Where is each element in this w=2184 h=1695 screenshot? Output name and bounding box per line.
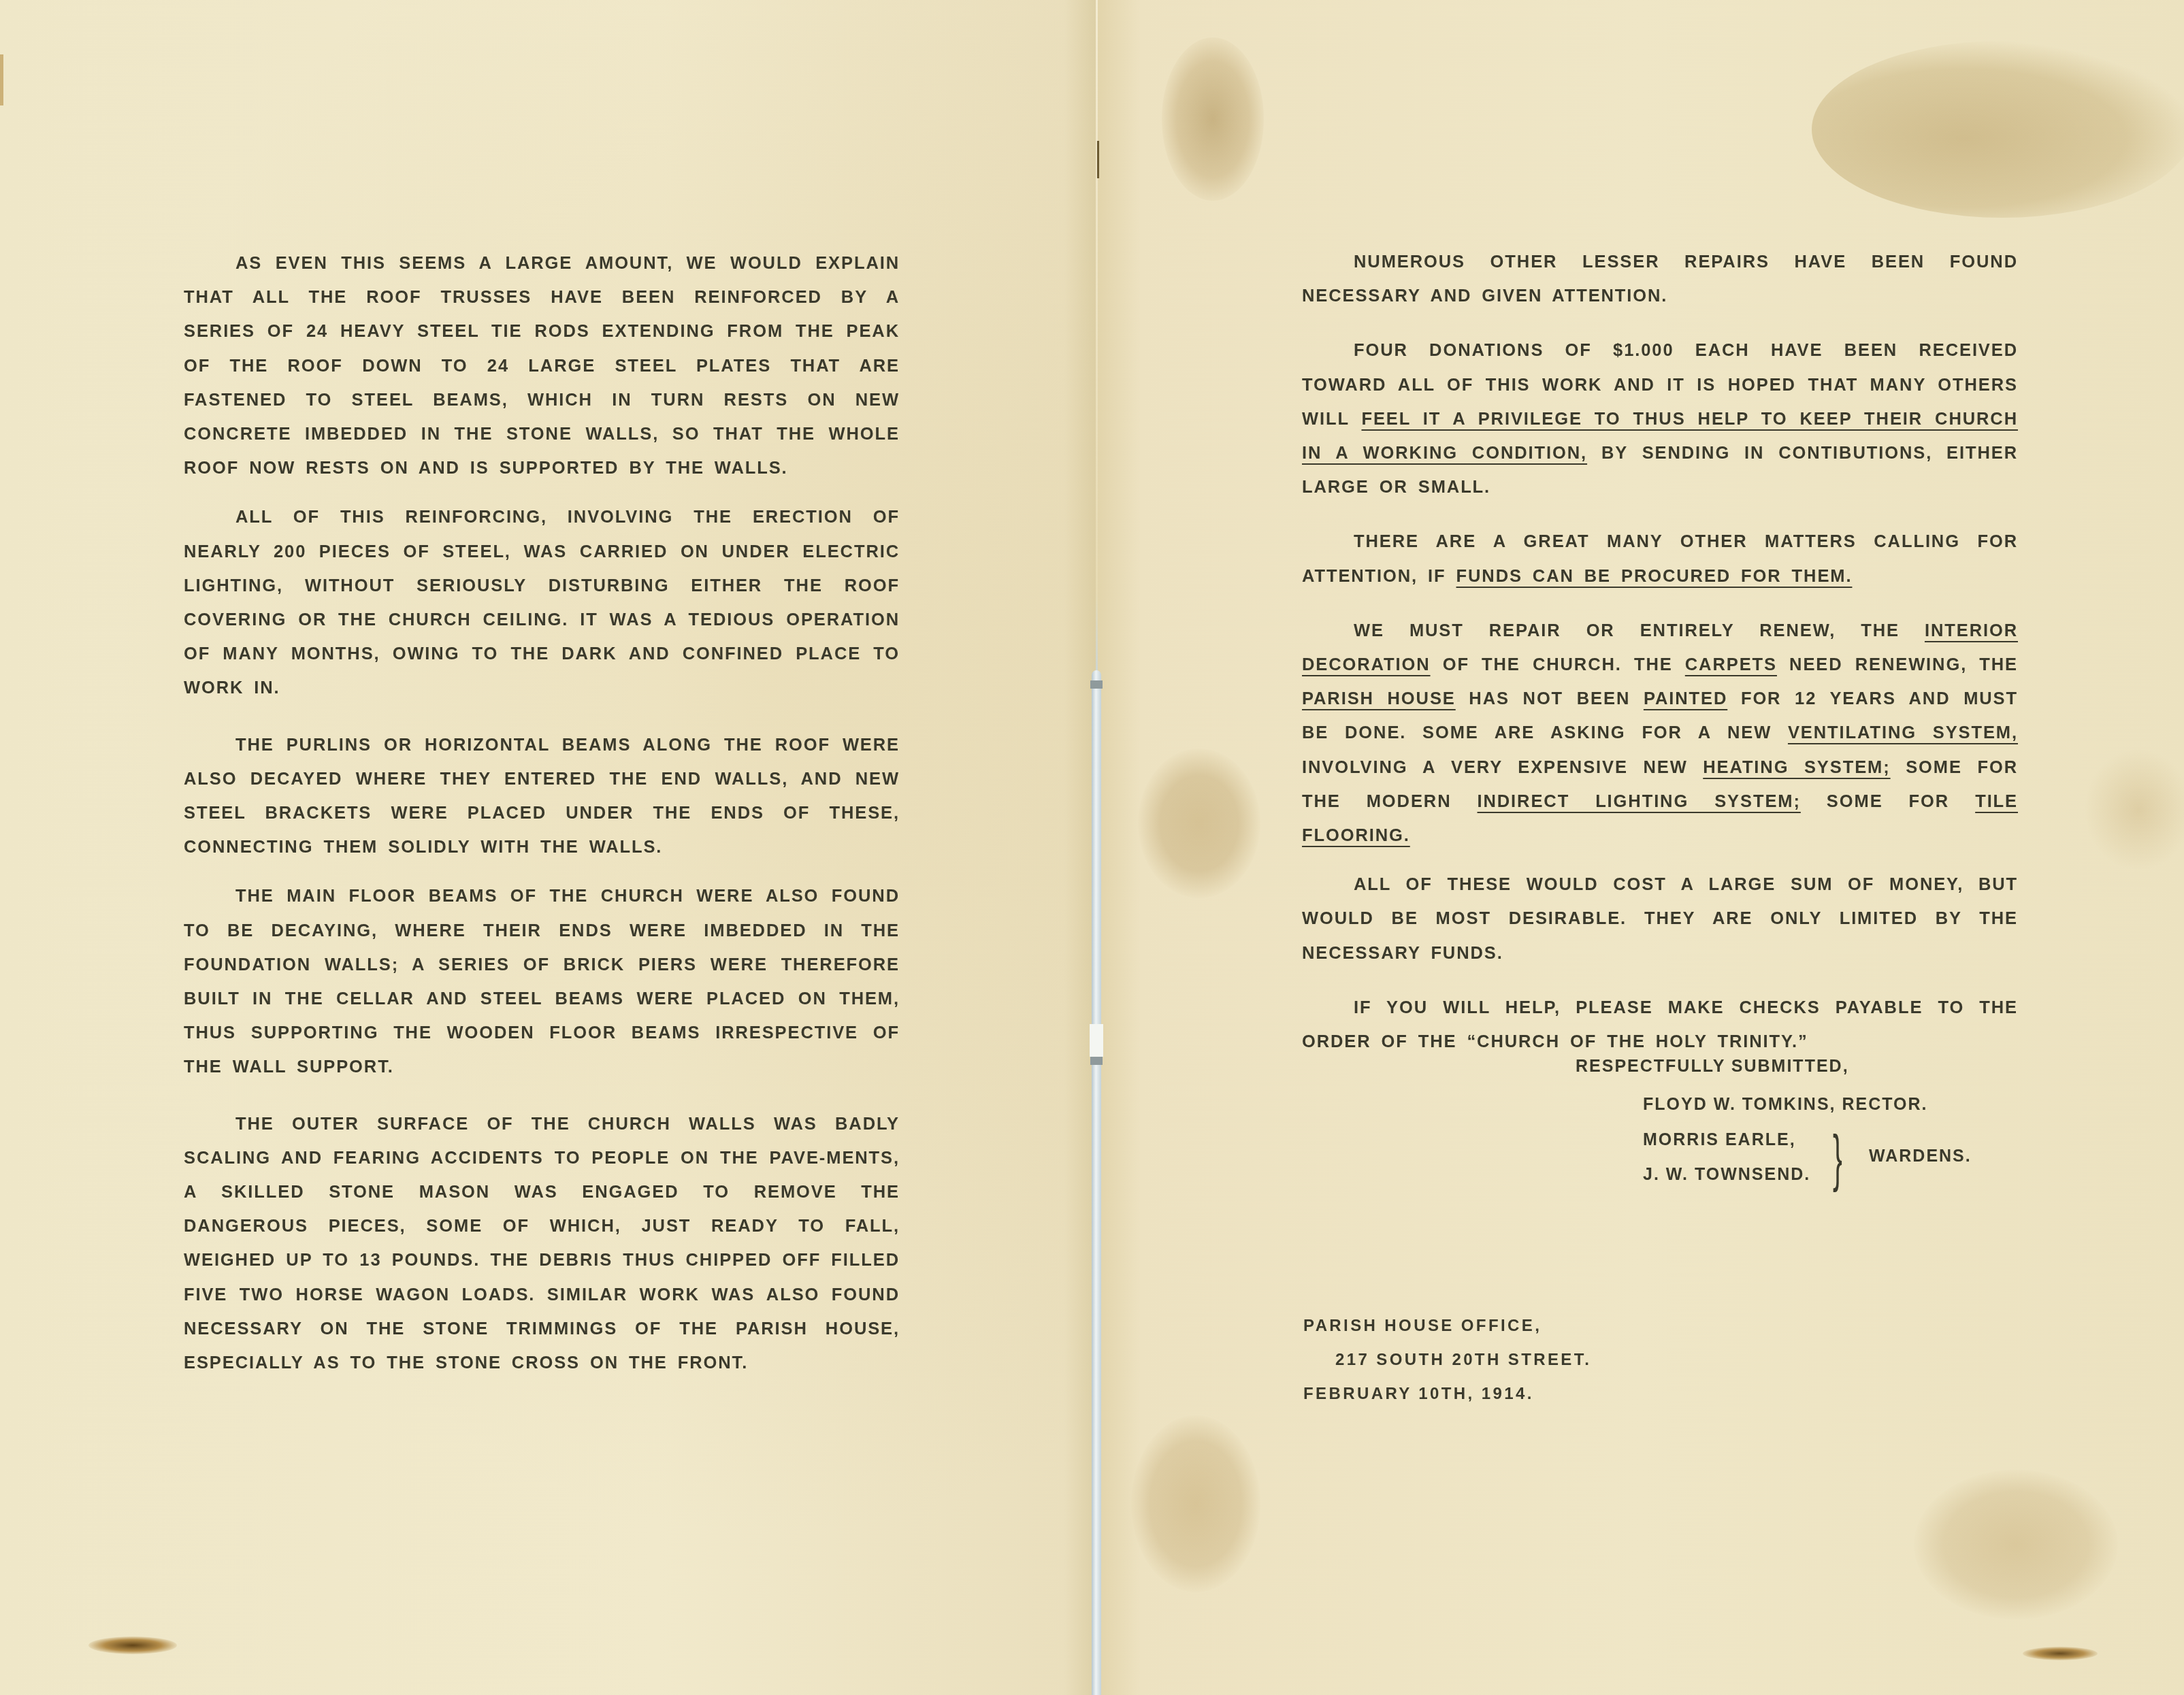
signature-warden-townsend: J. W. Townsend. (1643, 1165, 1810, 1185)
right-column: Numerous other lesser repairs have been … (1302, 245, 2018, 1059)
closing-respectfully: Respectfully submitted, (1576, 1057, 1849, 1076)
right-page: Numerous other lesser repairs have been … (1097, 0, 2184, 1695)
text-run: some for (1801, 792, 1975, 811)
footer-office: Parish House Office, (1303, 1317, 1542, 1336)
stain-mid-left (1138, 748, 1260, 898)
text-run: The purlins or horizontal beams along th… (184, 736, 900, 857)
text-run: The outer surface of the church walls wa… (184, 1115, 900, 1372)
text-run: If you will help, please make checks pay… (1302, 998, 2018, 1051)
underlined-phrase: funds can be procured for them. (1456, 567, 1853, 586)
text-run: of the church. The (1431, 655, 1685, 674)
binding-thread-band (1090, 1057, 1103, 1065)
paragraph: We must repair or entirely renew, the in… (1302, 614, 2018, 853)
stain-top-left-right-page (1162, 37, 1264, 201)
text-run: The main floor beams of the church were … (184, 887, 900, 1076)
paragraph: The purlins or horizontal beams along th… (184, 728, 900, 865)
paragraph: The main floor beams of the church were … (184, 879, 900, 1084)
binding-thread-white (1090, 1024, 1103, 1057)
paragraph: The outer surface of the church walls wa… (184, 1107, 900, 1381)
signature-warden-earle: Morris Earle, (1643, 1130, 1796, 1150)
stain-bottom-left (1131, 1415, 1260, 1592)
stain-top-right (1812, 41, 2184, 218)
underlined-phrase: indirect lighting system; (1478, 792, 1801, 811)
paragraph: Four donations of $1.000 each have been … (1302, 333, 2018, 504)
edge-mark-left (0, 54, 3, 105)
ink-smudge-bottom-left (88, 1636, 177, 1654)
text-run: All of this reinforcing, involving the e… (184, 508, 900, 697)
stain-bottom-right (1914, 1470, 2118, 1619)
text-run: All of these would cost a large sum of m… (1302, 875, 2018, 962)
underlined-phrase: parish house (1302, 689, 1456, 708)
left-page: As even this seems a large amount, we wo… (0, 0, 1097, 1695)
signature-rector: Floyd W. Tomkins, Rector. (1643, 1095, 1928, 1115)
binding-gap (1092, 670, 1101, 1695)
footer-date: February 10th, 1914. (1303, 1385, 1534, 1404)
ink-smudge-bottom-right (2023, 1647, 2098, 1660)
binding-thread-band (1090, 680, 1103, 689)
wardens-brace: } (1833, 1127, 1842, 1189)
underlined-phrase: painted (1644, 689, 1727, 708)
text-run: We must repair or entirely renew, the (1354, 621, 1925, 640)
paragraph: All of this reinforcing, involving the e… (184, 500, 900, 705)
text-run: need renewing, the (1777, 655, 2018, 674)
underlined-phrase: ventilating system, (1788, 723, 2018, 742)
underlined-phrase: heating system; (1703, 758, 1890, 777)
footer-address: 217 South 20th Street. (1335, 1351, 1591, 1370)
text-run: Numerous other lesser repairs have been … (1302, 252, 2018, 306)
paragraph: As even this seems a large amount, we wo… (184, 246, 900, 485)
paragraph: All of these would cost a large sum of m… (1302, 868, 2018, 970)
wardens-label: Wardens. (1869, 1147, 1972, 1166)
staple (1097, 141, 1099, 178)
text-run: involving a very expensive new (1302, 758, 1703, 777)
text-run: has not been (1456, 689, 1644, 708)
stain-right-edge (2084, 748, 2184, 871)
text-run: As even this seems a large amount, we wo… (184, 254, 900, 478)
left-column: As even this seems a large amount, we wo… (184, 246, 900, 1380)
paragraph: Numerous other lesser repairs have been … (1302, 245, 2018, 313)
underlined-phrase: carpets (1685, 655, 1777, 674)
paragraph: There are a great many other matters cal… (1302, 525, 2018, 593)
paragraph: If you will help, please make checks pay… (1302, 991, 2018, 1059)
